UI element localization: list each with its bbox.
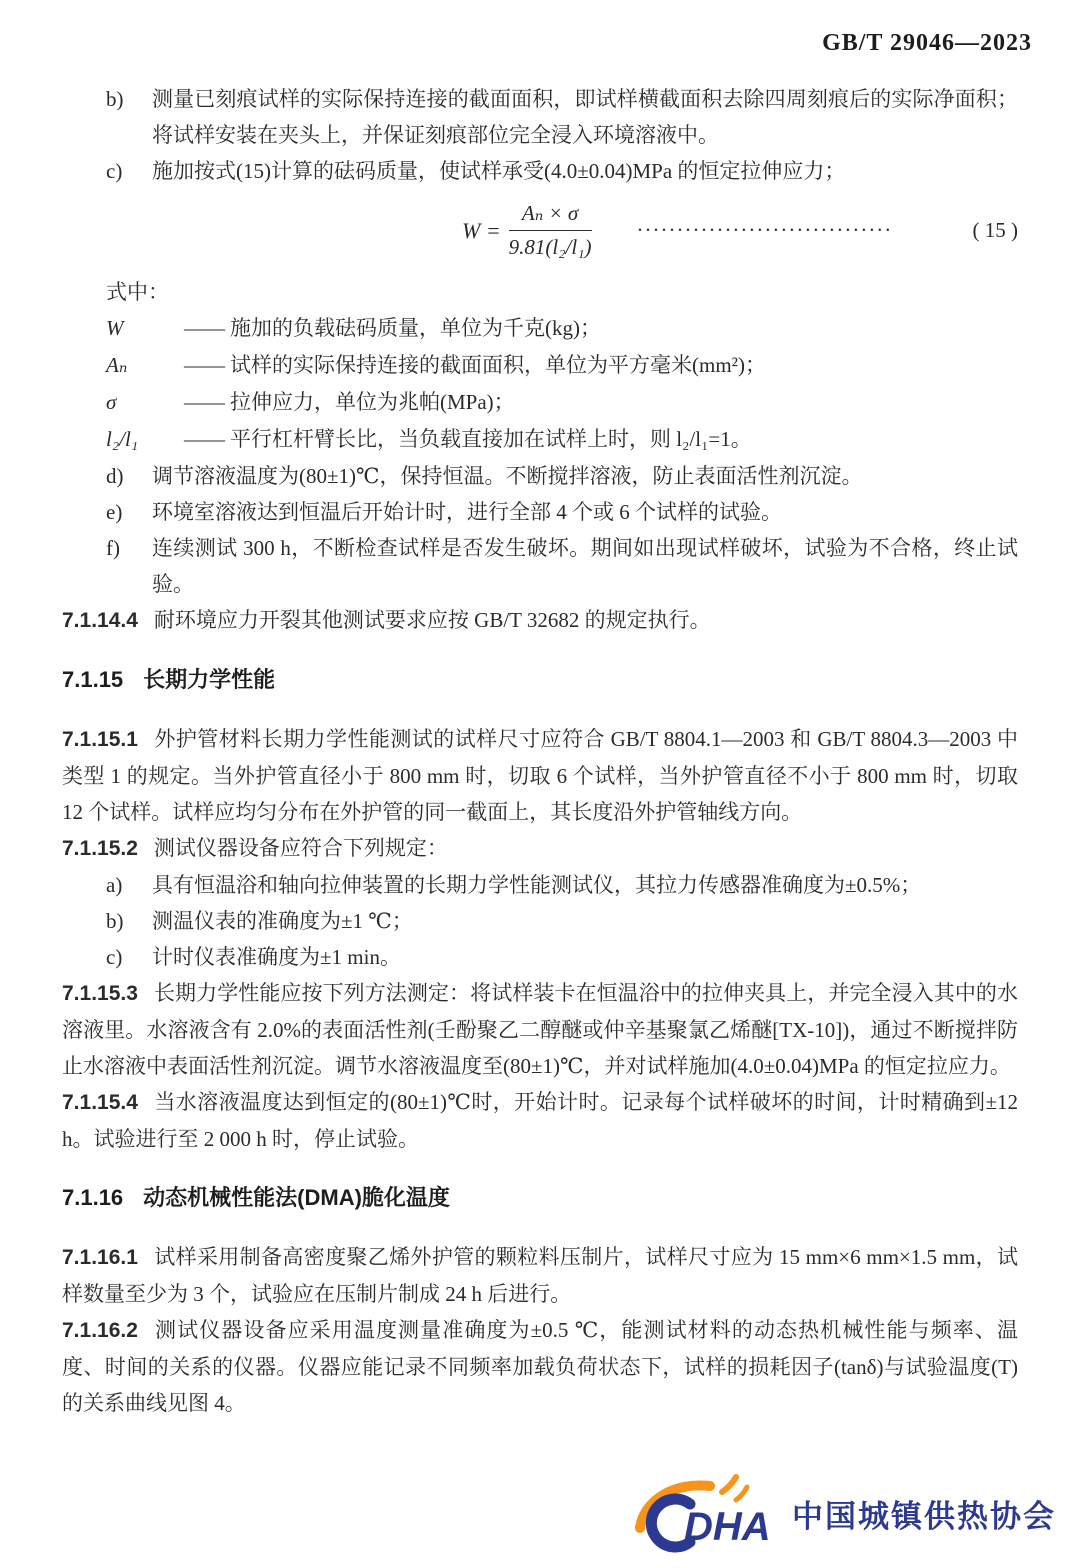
clause-7-1-15-1: 7.1.15.1外护管材料长期力学性能测试的试样尺寸应符合 GB/T 8804.… [62, 721, 1018, 830]
clause-text: 外护管材料长期力学性能测试的试样尺寸应符合 GB/T 8804.1—2003 和… [62, 727, 1018, 824]
clause-text: 长期力学性能应按下列方法测定：将试样装卡在恒温浴中的拉伸夹具上，并完全浸入其中的… [62, 981, 1018, 1078]
clause-number: 7.1.15.4 [62, 1091, 138, 1114]
equation-number: ( 15 ) [973, 218, 1019, 243]
equation-lhs: W = [462, 218, 501, 244]
list-item-b: b) 测量已刻痕试样的实际保持连接的截面面积，即试样横截面积去除四周刻痕后的实际… [106, 81, 1018, 153]
list-item-label: d) [106, 458, 152, 494]
list-item-label: e) [106, 494, 152, 530]
clause-number: 7.1.16.2 [62, 1319, 138, 1342]
definition-dash: —— [184, 347, 224, 384]
heading-title: 动态机械性能法(DMA)脆化温度 [143, 1185, 450, 1210]
list-item-text: 测温仪表的准确度为±1 ℃； [152, 903, 1018, 939]
definition-dash: —— [184, 310, 224, 347]
list-item-label: b) [106, 903, 152, 939]
definition-dash: —— [184, 421, 224, 458]
list-item-label: c) [106, 153, 152, 189]
logo-swoosh-small-1 [722, 1477, 736, 1492]
list-item-text: 环境室溶液达到恒温后开始计时，进行全部 4 个或 6 个试样的试验。 [152, 494, 1018, 530]
heading-title: 长期力学性能 [143, 667, 275, 692]
clause-number: 7.1.14.4 [62, 609, 138, 632]
page-content: b) 测量已刻痕试样的实际保持连接的截面面积，即试样横截面积去除四周刻痕后的实际… [0, 57, 1080, 1421]
logo-acronym: DHA [684, 1505, 771, 1549]
list-item-label: f) [106, 530, 152, 602]
sublist-item-c: c) 计时仪表准确度为±1 min。 [106, 939, 1018, 975]
page-header: GB/T 29046—2023 [0, 0, 1080, 57]
equation-15: W = Aₙ × σ 9.81(l₂/l₁) ·················… [62, 201, 1018, 260]
list-item-text: 施加按式(15)计算的砝码质量，使试样承受(4.0±0.04)MPa 的恒定拉伸… [152, 153, 1018, 189]
clause-text: 测试仪器设备应采用温度测量准确度为±0.5 ℃，能测试材料的动态热机械性能与频率… [62, 1318, 1018, 1415]
heading-number: 7.1.16 [62, 1185, 123, 1210]
definition-text: 拉伸应力，单位为兆帕(MPa)； [230, 384, 1018, 421]
definition-row: l₂/l₁ —— 平行杠杆臂长比，当负载直接加在试样上时，则 l₂/l₁=1。 [106, 421, 1018, 458]
definition-text: 试样的实际保持连接的截面面积，单位为平方毫米(mm²)； [230, 347, 1018, 384]
standard-number: GB/T 29046—2023 [822, 30, 1032, 56]
clause-text: 当水溶液温度达到恒定的(80±1)℃时，开始计时。记录每个试样破坏的时间，计时精… [62, 1090, 1018, 1151]
definition-symbol: σ [106, 384, 184, 421]
clause-number: 7.1.15.2 [62, 837, 138, 860]
clause-7-1-16-1: 7.1.16.1试样采用制备高密度聚乙烯外护管的颗粒料压制片，试样尺寸应为 15… [62, 1239, 1018, 1312]
list-item-label: a) [106, 867, 152, 903]
list-item-label: c) [106, 939, 152, 975]
list-item-label: b) [106, 81, 152, 153]
clause-7-1-15-3: 7.1.15.3长期力学性能应按下列方法测定：将试样装卡在恒温浴中的拉伸夹具上，… [62, 975, 1018, 1084]
clause-7-1-15-2: 7.1.15.2测试仪器设备应符合下列规定： [62, 830, 1018, 867]
clause-7-1-14-4: 7.1.14.4耐环境应力开裂其他测试要求应按 GB/T 32682 的规定执行… [62, 602, 1018, 639]
heading-number: 7.1.15 [62, 667, 123, 692]
document-page: GB/T 29046—2023 b) 测量已刻痕试样的实际保持连接的截面面积，即… [0, 0, 1080, 1568]
where-clause-intro: 式中： [106, 274, 1018, 310]
sublist-item-a: a) 具有恒温浴和轴向拉伸装置的长期力学性能测试仪，其拉力传感器准确度为±0.5… [106, 867, 1018, 903]
definition-symbol: Aₙ [106, 347, 184, 384]
equation-fraction: Aₙ × σ 9.81(l₂/l₁) [509, 201, 592, 260]
definition-row: W —— 施加的负载砝码质量，单位为千克(kg)； [106, 310, 1018, 347]
definition-row: σ —— 拉伸应力，单位为兆帕(MPa)； [106, 384, 1018, 421]
clause-number: 7.1.15.3 [62, 982, 138, 1005]
list-item-c: c) 施加按式(15)计算的砝码质量，使试样承受(4.0±0.04)MPa 的恒… [106, 153, 1018, 189]
heading-7-1-16: 7.1.16动态机械性能法(DMA)脆化温度 [62, 1183, 1018, 1213]
clause-text: 测试仪器设备应符合下列规定： [154, 836, 448, 860]
definition-dash: —— [184, 384, 224, 421]
equation-denominator: 9.81(l₂/l₁) [509, 231, 592, 260]
list-item-text: 计时仪表准确度为±1 min。 [152, 939, 1018, 975]
equation-numerator: Aₙ × σ [509, 201, 592, 231]
definition-row: Aₙ —— 试样的实际保持连接的截面面积，单位为平方毫米(mm²)； [106, 347, 1018, 384]
list-item-f: f) 连续测试 300 h，不断检查试样是否发生破坏。期间如出现试样破坏，试验为… [106, 530, 1018, 602]
clause-text: 试样采用制备高密度聚乙烯外护管的颗粒料压制片，试样尺寸应为 15 mm×6 mm… [62, 1245, 1018, 1306]
clause-7-1-16-2: 7.1.16.2测试仪器设备应采用温度测量准确度为±0.5 ℃，能测试材料的动态… [62, 1312, 1018, 1421]
equation-dot-leader: ································ [637, 218, 967, 243]
clause-text: 耐环境应力开裂其他测试要求应按 GB/T 32682 的规定执行。 [154, 608, 711, 632]
list-item-d: d) 调节溶液温度为(80±1)℃，保持恒温。不断搅拌溶液，防止表面活性剂沉淀。 [106, 458, 1018, 494]
logo-swoosh-small-2 [736, 1487, 747, 1500]
list-item-text: 调节溶液温度为(80±1)℃，保持恒温。不断搅拌溶液，防止表面活性剂沉淀。 [152, 458, 1018, 494]
list-item-text: 具有恒温浴和轴向拉伸装置的长期力学性能测试仪，其拉力传感器准确度为±0.5%； [152, 867, 1018, 903]
definition-text: 平行杠杆臂长比，当负载直接加在试样上时，则 l₂/l₁=1。 [230, 421, 1018, 458]
association-footer: DHA 中国城镇供热协会 [626, 1472, 1056, 1554]
cdha-logo-icon: DHA [626, 1472, 786, 1554]
definition-text: 施加的负载砝码质量，单位为千克(kg)； [230, 310, 1018, 347]
clause-number: 7.1.16.1 [62, 1246, 138, 1269]
clause-7-1-15-4: 7.1.15.4当水溶液温度达到恒定的(80±1)℃时，开始计时。记录每个试样破… [62, 1084, 1018, 1157]
list-item-text: 测量已刻痕试样的实际保持连接的截面面积，即试样横截面积去除四周刻痕后的实际净面积… [152, 81, 1018, 153]
heading-7-1-15: 7.1.15长期力学性能 [62, 665, 1018, 695]
list-item-e: e) 环境室溶液达到恒温后开始计时，进行全部 4 个或 6 个试样的试验。 [106, 494, 1018, 530]
sublist-item-b: b) 测温仪表的准确度为±1 ℃； [106, 903, 1018, 939]
clause-number: 7.1.15.1 [62, 728, 138, 751]
list-item-text: 连续测试 300 h，不断检查试样是否发生破坏。期间如出现试样破坏，试验为不合格… [152, 530, 1018, 602]
definition-symbol: l₂/l₁ [106, 421, 184, 458]
definition-symbol: W [106, 310, 184, 347]
association-name: 中国城镇供热协会 [792, 1491, 1056, 1536]
